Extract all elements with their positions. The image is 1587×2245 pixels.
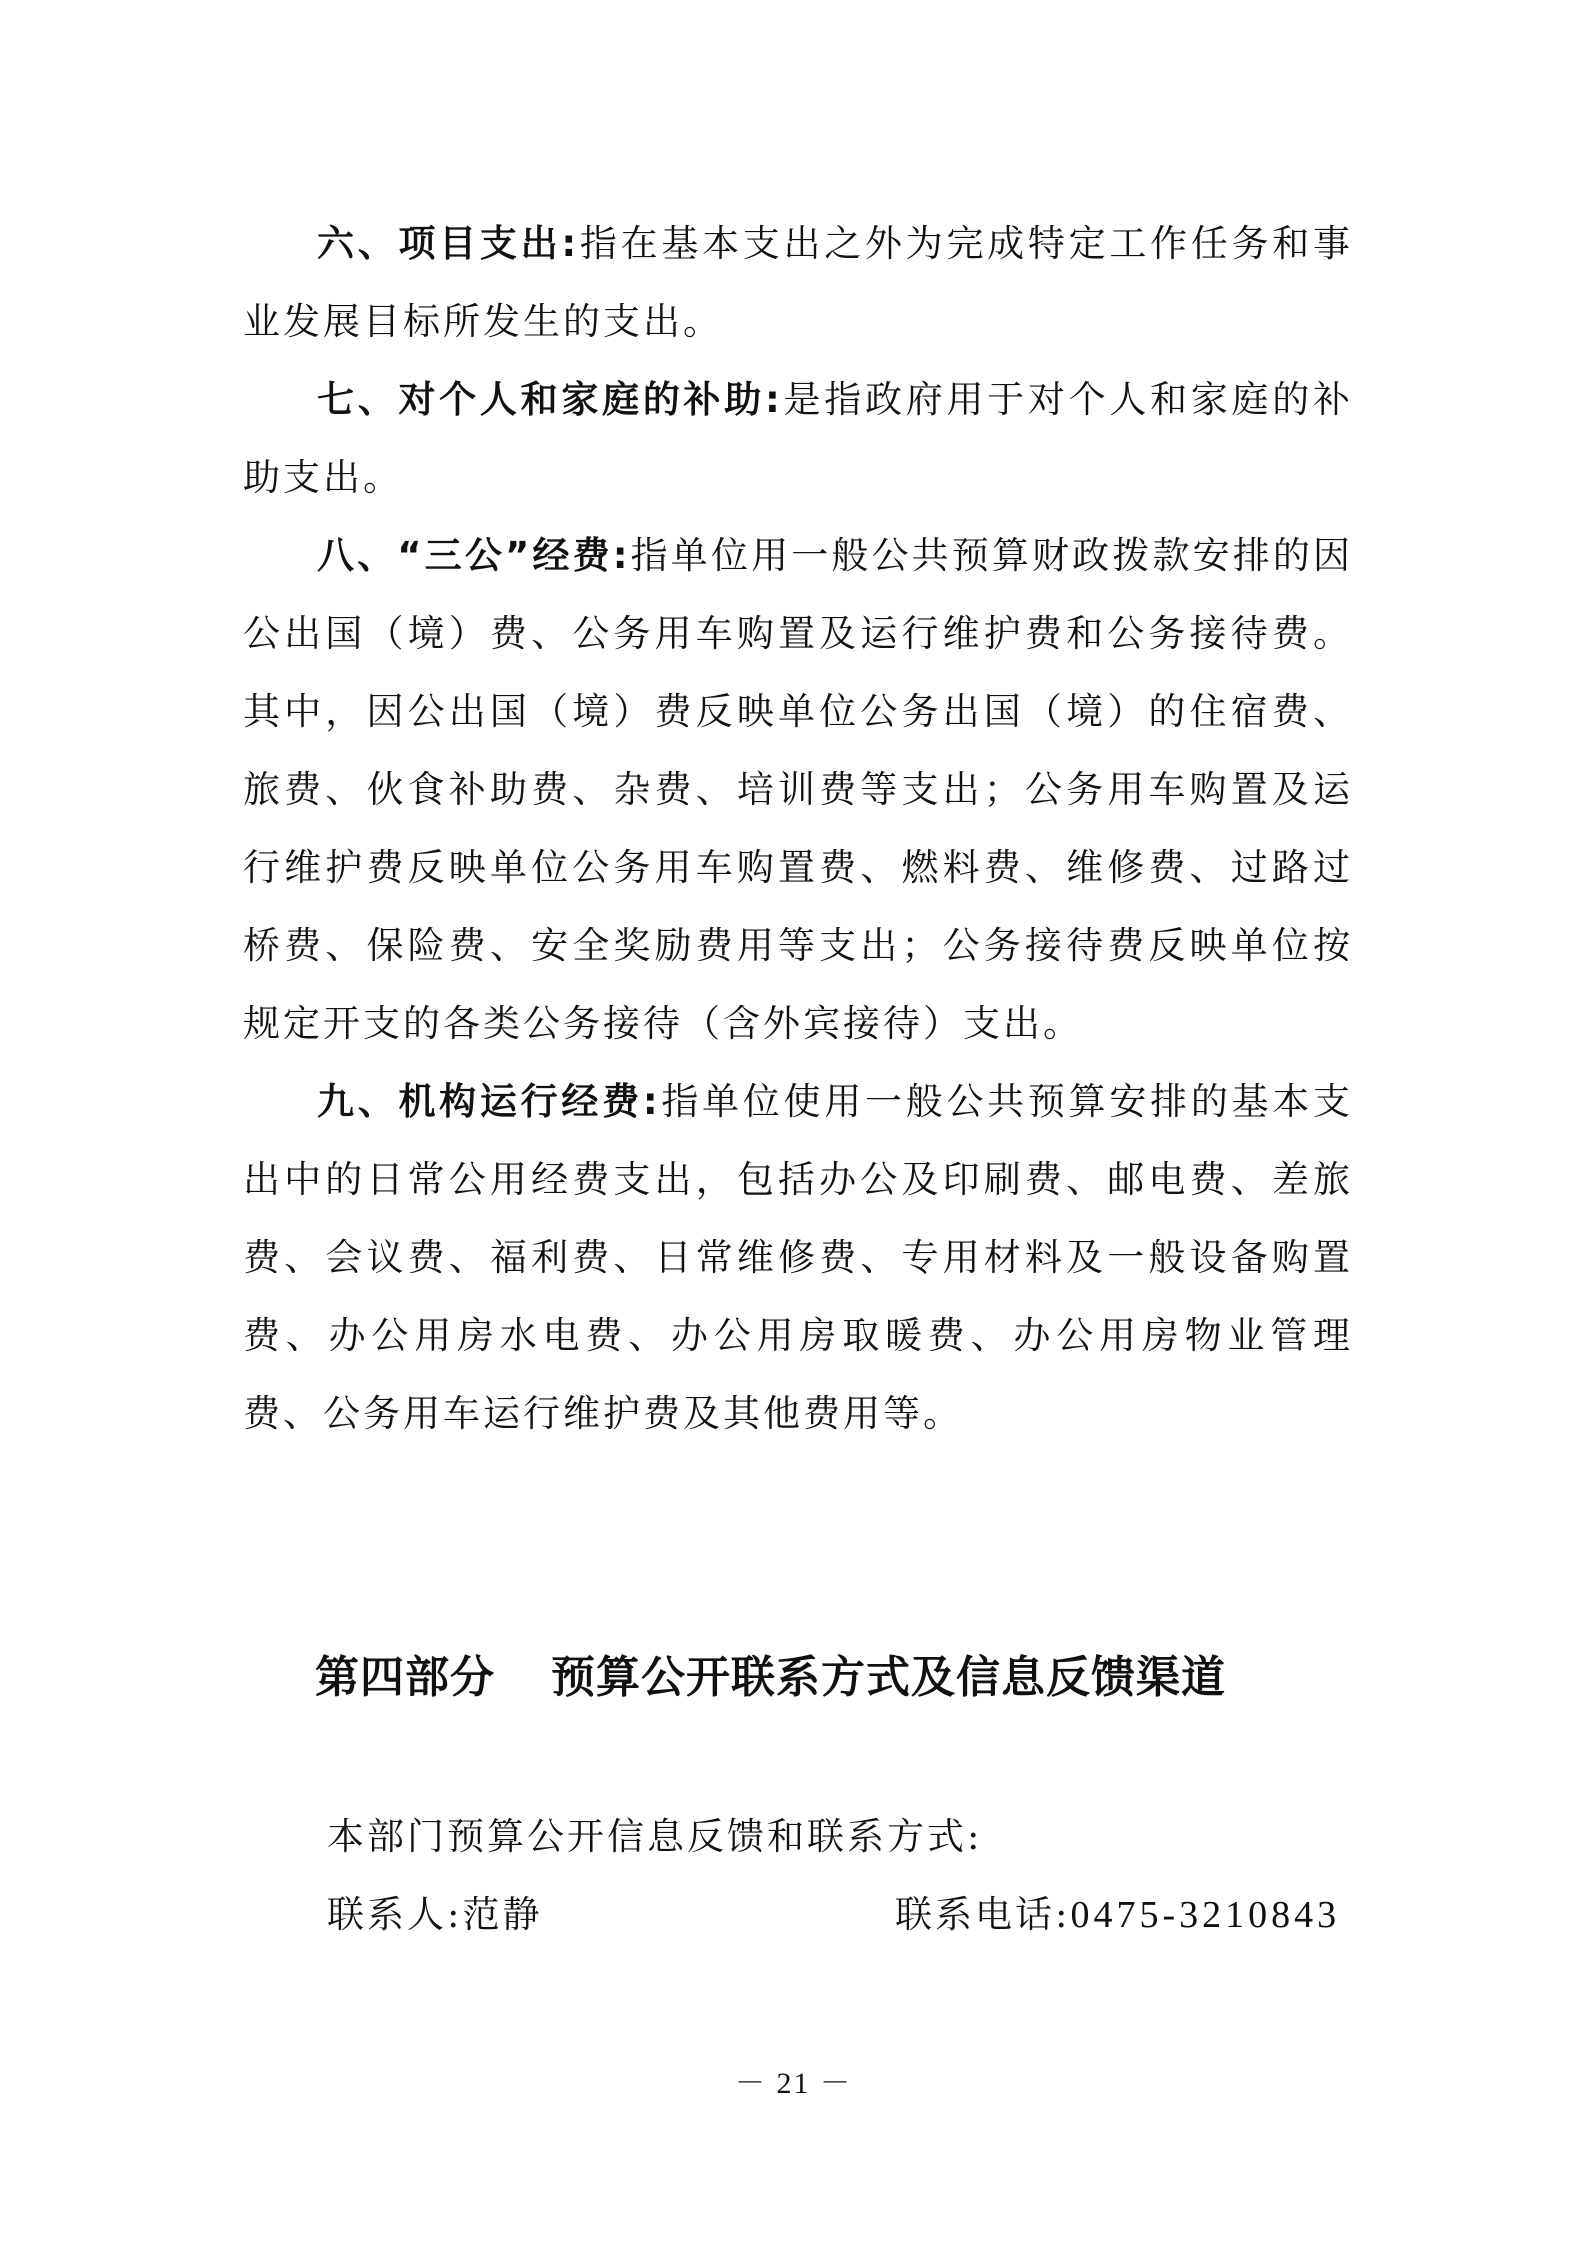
document-page: 六、项目支出:指在基本支出之外为完成特定工作任务和事业发展目标所发生的支出。 七… <box>0 0 1587 2245</box>
page-number: － 21 － <box>0 2058 1587 2102</box>
contact-phone-number: 0475-3210843 <box>1070 1894 1340 1936</box>
definition-operating-expenses: 九、机构运行经费:指单位使用一般公共预算安排的基本支出中的日常公用经费支出，包括… <box>243 1063 1353 1453</box>
section-part-label: 第四部分 <box>315 1652 495 1703</box>
contact-person-label: 联系人: <box>327 1893 462 1936</box>
definition-text: 指单位用一般公共预算财政拨款安排的因公出国（境）费、公务用车购置及运行维护费和公… <box>243 534 1353 1045</box>
definition-household-subsidy: 七、对个人和家庭的补助:是指政府用于对个人和家庭的补助支出。 <box>243 361 1353 517</box>
definition-term: 六、项目支出: <box>317 222 579 265</box>
definition-three-public-expenses: 八、“三公”经费:指单位用一般公共预算财政拨款安排的因公出国（境）费、公务用车购… <box>243 517 1353 1063</box>
contact-person: 联系人:范静 <box>327 1890 542 1940</box>
section-heading: 第四部分预算公开联系方式及信息反馈渠道 <box>315 1648 1315 1708</box>
definitions-block: 六、项目支出:指在基本支出之外为完成特定工作任务和事业发展目标所发生的支出。 七… <box>243 205 1353 1453</box>
contact-person-name: 范静 <box>462 1893 542 1936</box>
definition-project-expenditure: 六、项目支出:指在基本支出之外为完成特定工作任务和事业发展目标所发生的支出。 <box>243 205 1353 361</box>
contact-phone: 联系电话:0475-3210843 <box>895 1890 1340 1940</box>
definition-text: 指单位使用一般公共预算安排的基本支出中的日常公用经费支出，包括办公及印刷费、邮电… <box>243 1080 1353 1435</box>
definition-term: 九、机构运行经费: <box>317 1080 661 1123</box>
definition-term: 八、“三公”经费: <box>317 534 631 577</box>
contact-phone-label: 联系电话: <box>895 1893 1070 1936</box>
definition-term: 七、对个人和家庭的补助: <box>317 378 783 421</box>
contact-intro: 本部门预算公开信息反馈和联系方式: <box>327 1812 982 1862</box>
section-title-text: 预算公开联系方式及信息反馈渠道 <box>551 1652 1226 1703</box>
